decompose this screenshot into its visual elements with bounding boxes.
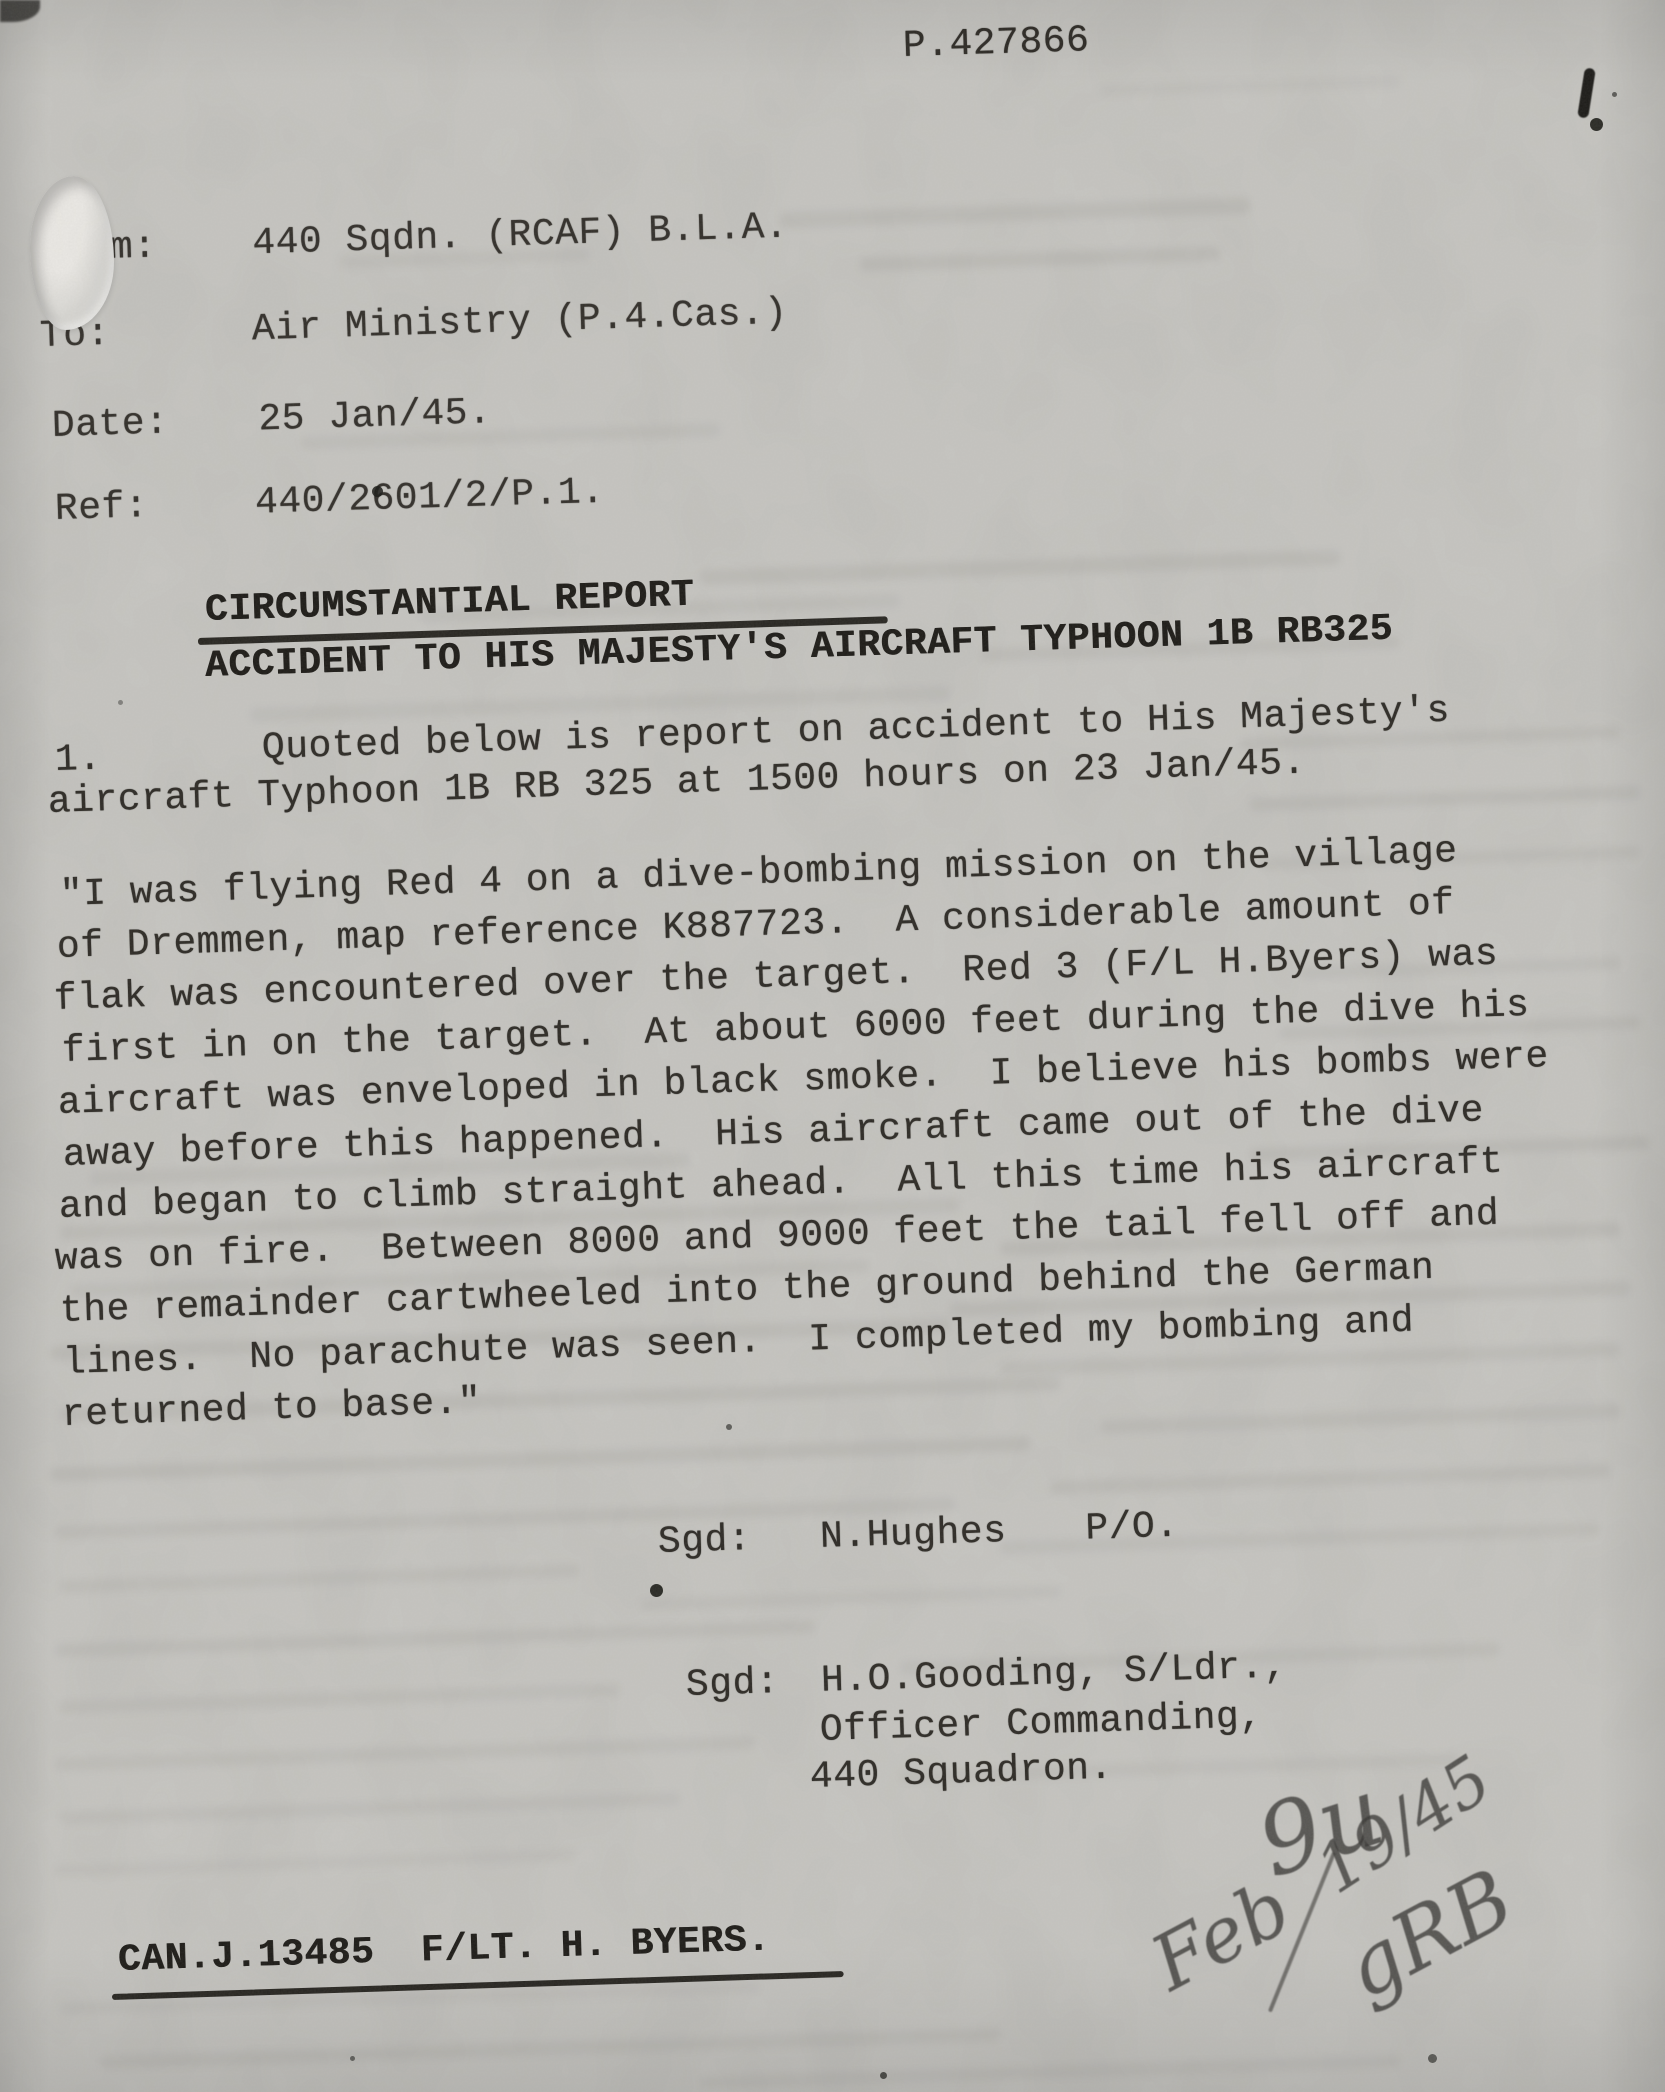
paper-grain <box>0 0 1665 2092</box>
document-page: P.427866 From:440 Sqdn. (RCAF) B.L.A. To… <box>0 0 1665 2092</box>
grain-mottle <box>0 0 1665 2092</box>
